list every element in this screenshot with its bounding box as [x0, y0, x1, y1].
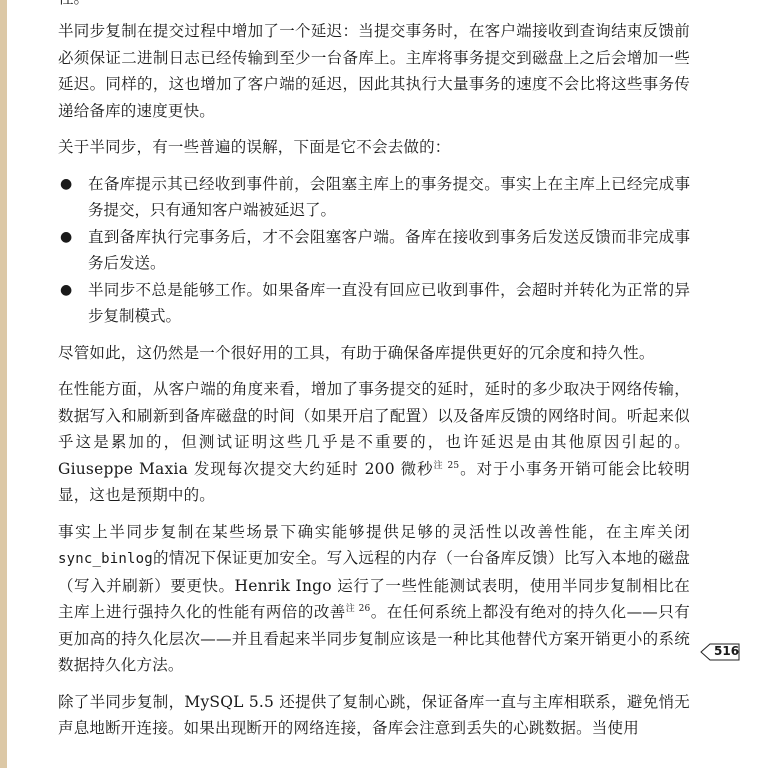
misconceptions-list: ● 在备库提示其已经收到事件前，会阻塞主库上的事务提交。事实上在主库上已经完成事… — [58, 171, 690, 330]
code-sync-binlog: sync_binlog — [58, 551, 153, 567]
list-item-text: 直到备库执行完事务后，才不会阻塞客户端。备库在接收到事务后发送反馈而非完成事务后… — [88, 228, 690, 273]
bullet-icon: ● — [60, 171, 72, 198]
footnote-ref-25[interactable]: 注 25 — [434, 460, 460, 470]
paragraph-heartbeat: 除了半同步复制，MySQL 5.5 还提供了复制心跳，保证备库一直与主库相联系，… — [58, 689, 690, 742]
page-edge-strip — [0, 0, 7, 768]
book-page-body: 半同步复制在提交过程中增加了一个延迟：当提交事务时，在客户端接收到查询结束反馈前… — [58, 0, 690, 742]
list-item: ● 半同步不总是能够工作。如果备库一直没有回应已收到事件，会超时并转化为正常的异… — [58, 277, 690, 330]
paragraph-text: 事实上半同步复制在某些场景下确实能够提供足够的灵活性以改善性能，在主库关闭 — [58, 523, 690, 541]
list-item: ● 直到备库执行完事务后，才不会阻塞客户端。备库在接收到事务后发送反馈而非完成事… — [58, 224, 690, 277]
bullet-icon: ● — [60, 277, 72, 304]
paragraph-performance: 在性能方面，从客户端的角度来看，增加了事务提交的延时，延时的多少取决于网络传输，… — [58, 376, 690, 509]
paragraph-useful-tool: 尽管如此，这仍然是一个很好用的工具，有助于确保备库提供更好的冗余度和持久性。 — [58, 340, 690, 367]
bullet-icon: ● — [60, 224, 72, 251]
list-item-text: 在备库提示其已经收到事件前，会阻塞主库上的事务提交。事实上在主库上已经完成事务提… — [88, 175, 690, 220]
paragraph-misconceptions-intro: 关于半同步，有一些普遍的误解，下面是它不会去做的： — [58, 134, 690, 161]
paragraph-flexibility: 事实上半同步复制在某些场景下确实能够提供足够的灵活性以改善性能，在主库关闭syn… — [58, 519, 690, 679]
original-page-marker: 516 — [700, 643, 740, 661]
paragraph-semisync-delay: 半同步复制在提交过程中增加了一个延迟：当提交事务时，在客户端接收到查询结束反馈前… — [58, 18, 690, 124]
list-item-text: 半同步不总是能够工作。如果备库一直没有回应已收到事件，会超时并转化为正常的异步复… — [88, 281, 690, 326]
list-item: ● 在备库提示其已经收到事件前，会阻塞主库上的事务提交。事实上在主库上已经完成事… — [58, 171, 690, 224]
footnote-ref-26[interactable]: 注 26 — [346, 604, 371, 614]
page-number: 516 — [714, 644, 739, 658]
